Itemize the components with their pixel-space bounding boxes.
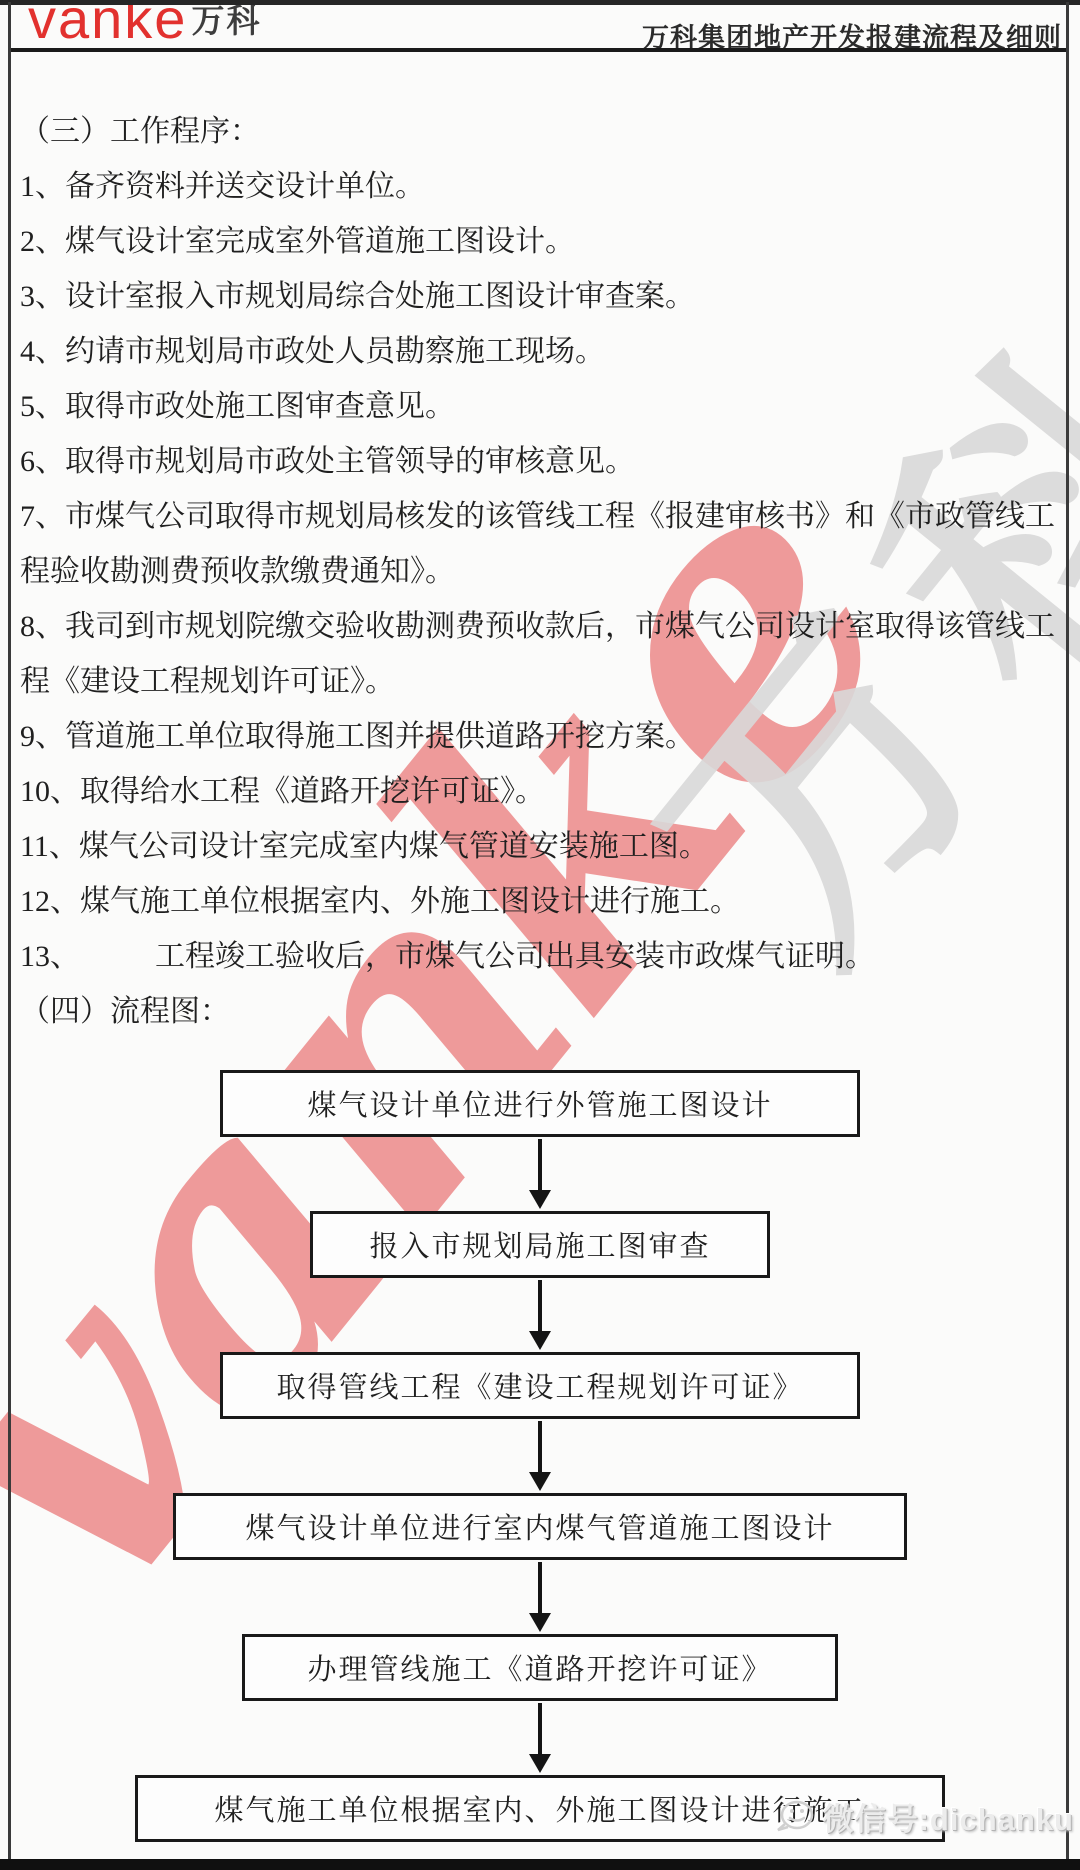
document-header: vanke万科 万科集团地产开发报建流程及细则 (0, 0, 1080, 52)
arrow-down-icon (529, 1419, 551, 1493)
flowchart: 煤气设计单位进行外管施工图设计 报入市规划局施工图审查 取得管线工程《建设工程规… (17, 1070, 1063, 1842)
flowchart-step-1: 煤气设计单位进行外管施工图设计 (220, 1070, 860, 1137)
page-right-border (1066, 2, 1069, 1861)
procedure-item-5: 5、取得市政处施工图审查意见。 (20, 379, 1066, 434)
document-page: vanke 万科 vanke万科 万科集团地产开发报建流程及细则 （三）工作程序… (0, 0, 1080, 1870)
procedure-item-13: 13、 工程竣工验收后，市煤气公司出具安装市政煤气证明。 (20, 929, 1066, 984)
flowchart-step-3: 取得管线工程《建设工程规划许可证》 (220, 1352, 860, 1419)
arrow-down-icon (529, 1137, 551, 1211)
page-top-border (0, 0, 1080, 5)
procedure-item-2: 2、煤气设计室完成室外管道施工图设计。 (20, 214, 1066, 269)
section-heading-flowchart: （四）流程图： (20, 984, 1066, 1039)
section-heading-procedure: （三）工作程序： (20, 104, 1066, 159)
procedure-item-9: 9、管道施工单位取得施工图并提供道路开挖方案。 (20, 709, 1066, 764)
procedure-item-4: 4、约请市规划局市政处人员勘察施工现场。 (20, 324, 1066, 379)
procedure-item-10: 10、取得给水工程《道路开挖许可证》。 (20, 764, 1066, 819)
page-left-border (8, 2, 11, 1861)
arrow-down-icon (529, 1278, 551, 1352)
procedure-item-8: 8、我司到市规划院缴交验收勘测费预收款后，市煤气公司设计室取得该管线工 程《建设… (20, 599, 1066, 709)
procedure-item-1: 1、备齐资料并送交设计单位。 (20, 159, 1066, 214)
wechat-label: 微信号:dichanku (823, 1794, 1074, 1839)
procedure-item-11: 11、煤气公司设计室完成室内煤气管道安装施工图。 (20, 819, 1066, 874)
vanke-logo-cjk: 万科 (191, 2, 261, 39)
flowchart-step-2: 报入市规划局施工图审查 (310, 1211, 770, 1278)
document-body: （三）工作程序： 1、备齐资料并送交设计单位。 2、煤气设计室完成室外管道施工图… (20, 104, 1066, 1842)
arrow-down-icon (529, 1701, 551, 1775)
procedure-item-3: 3、设计室报入市规划局综合处施工图设计审查案。 (20, 269, 1066, 324)
vanke-logo-latin: vanke (28, 0, 187, 50)
arrow-down-icon (529, 1560, 551, 1634)
procedure-item-7: 7、市煤气公司取得市规划局核发的该管线工程《报建审核书》和《市政管线工 程验收勘… (20, 489, 1066, 599)
procedure-item-6: 6、取得市规划局市政处主管领导的审核意见。 (20, 434, 1066, 489)
flowchart-step-5: 办理管线施工《道路开挖许可证》 (242, 1634, 838, 1701)
page-bottom-bar (0, 1859, 1080, 1870)
flowchart-step-4: 煤气设计单位进行室内煤气管道施工图设计 (173, 1493, 907, 1560)
wechat-icon (773, 1797, 817, 1837)
procedure-item-12: 12、煤气施工单位根据室内、外施工图设计进行施工。 (20, 874, 1066, 929)
wechat-watermark: 微信号:dichanku (773, 1794, 1074, 1839)
vanke-logo: vanke万科 (28, 0, 257, 48)
header-divider (8, 48, 1069, 52)
